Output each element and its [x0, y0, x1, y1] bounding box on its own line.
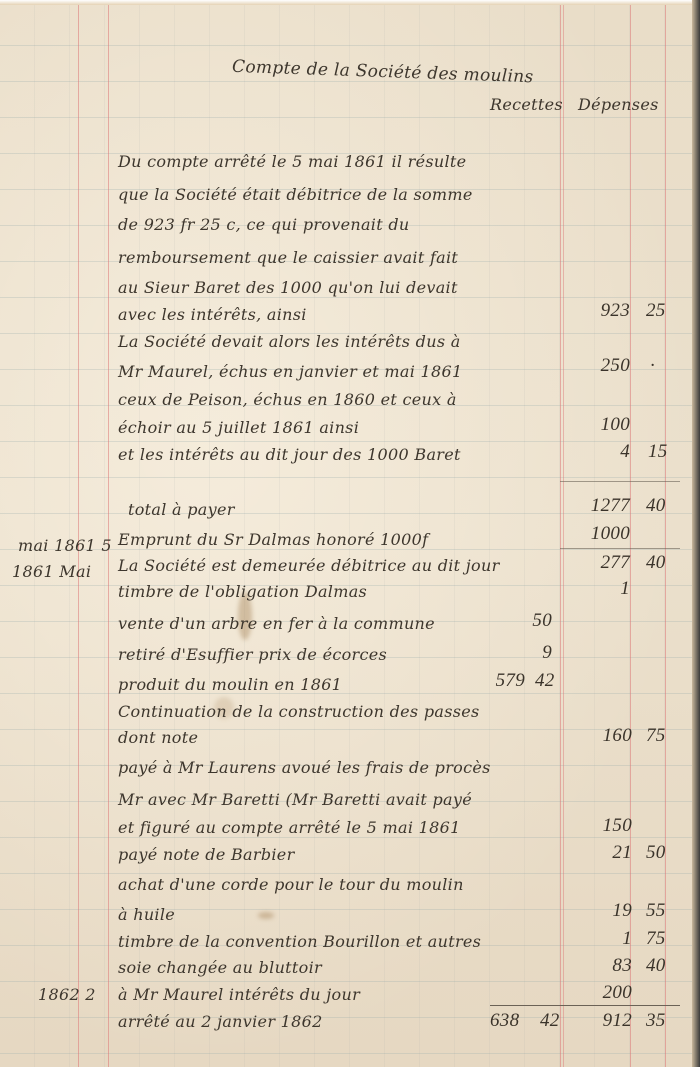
entry-line: remboursement que le caissier avait fait — [118, 248, 458, 267]
expense-cents: 25 — [646, 300, 666, 322]
sum-rule — [490, 1005, 680, 1006]
expense-total-cents: 35 — [646, 1010, 666, 1032]
receipt-francs: 579 — [480, 670, 525, 692]
expense-francs: 160 — [570, 725, 632, 747]
sum-rule — [560, 481, 680, 482]
receipt-total-cents: 42 — [540, 1010, 560, 1032]
entry-line: de 923 fr 25 c, ce qui provenait du — [118, 215, 409, 234]
expense-francs: 83 — [570, 955, 632, 977]
column-header-receipts: Recettes — [490, 95, 563, 114]
entry-line: total à payer — [128, 500, 235, 519]
expense-total-francs: 912 — [570, 1010, 632, 1032]
expense-total-cents: 40 — [646, 495, 666, 517]
expense-cents: 40 — [646, 955, 666, 977]
expense-francs: 21 — [570, 842, 632, 864]
expense-francs: 1 — [570, 578, 630, 600]
margin-date: 1861 Mai — [12, 562, 91, 581]
entry-line: vente d'un arbre en fer à la commune — [118, 614, 435, 633]
entry-line: que la Société était débitrice de la som… — [118, 185, 473, 204]
entry-line: La Société devait alors les intérêts dus… — [118, 332, 461, 351]
expense-cents: 50 — [646, 842, 666, 864]
entry-line: Continuation de la construction des pass… — [118, 702, 480, 721]
expense-total-francs: 1277 — [570, 495, 630, 517]
ledger-page: Compte de la Société des moulins Recette… — [0, 0, 700, 1067]
receipt-cents: 42 — [535, 670, 555, 692]
margin-date: 1862 2 — [38, 985, 96, 1004]
entry-line: payé note de Barbier — [118, 845, 295, 864]
entry-line: Mr Maurel, échus en janvier et mai 1861 — [118, 362, 462, 381]
receipt-total-francs: 638 — [490, 1010, 519, 1032]
entry-line: soie changée au bluttoir — [118, 958, 322, 977]
expense-cents: 75 — [646, 928, 666, 950]
expense-francs: 19 — [570, 900, 632, 922]
entry-line: Du compte arrêté le 5 mai 1861 il résult… — [118, 152, 466, 171]
margin-date: mai 1861 5 — [18, 536, 112, 555]
sum-rule — [560, 548, 680, 549]
expense-cents: 75 — [646, 725, 666, 747]
torn-top-edge — [0, 0, 700, 5]
entry-line: à huile — [118, 905, 175, 924]
receipt-francs: 9 — [512, 642, 552, 664]
binding-edge — [692, 0, 700, 1067]
expense-cents: · — [650, 355, 655, 377]
expense-francs: 277 — [570, 552, 630, 574]
column-header-expenses: Dépenses — [578, 95, 659, 114]
entry-line: et figuré au compte arrêté le 5 mai 1861 — [118, 818, 461, 837]
entry-line: échoir au 5 juillet 1861 ainsi — [118, 418, 359, 437]
entry-line: au Sieur Baret des 1000 qu'on lui devait — [118, 278, 458, 297]
entry-line: timbre de l'obligation Dalmas — [118, 582, 367, 601]
margin-rule — [108, 0, 109, 1067]
receipts-rule — [560, 0, 561, 1067]
entry-line: achat d'une corde pour le tour du moulin — [118, 875, 464, 894]
entry-line: Mr avec Mr Baretti (Mr Baretti avait pay… — [118, 790, 472, 809]
expense-francs: 4 — [580, 441, 630, 463]
entry-line: payé à Mr Laurens avoué les frais de pro… — [118, 758, 491, 777]
entry-line: avec les intérêts, ainsi — [118, 305, 307, 324]
entry-line: arrêté au 2 janvier 1862 — [118, 1012, 323, 1031]
ink-stain — [258, 912, 274, 919]
entry-line: La Société est demeurée débitrice au dit… — [118, 556, 500, 575]
entry-line: à Mr Maurel intérêts du jour — [118, 985, 360, 1004]
entry-line: ceux de Peison, échus en 1860 et ceux à — [118, 390, 457, 409]
expense-cents: 55 — [646, 900, 666, 922]
expense-cents: 40 — [646, 552, 666, 574]
entry-line: dont note — [118, 728, 198, 747]
expense-francs: 1 — [570, 928, 632, 950]
entry-line: et les intérêts au dit jour des 1000 Bar… — [118, 445, 461, 464]
margin-rule — [78, 0, 79, 1067]
entry-line: Emprunt du Sr Dalmas honoré 1000f — [118, 530, 428, 549]
entry-line: produit du moulin en 1861 — [118, 675, 342, 694]
expense-francs: 923 — [580, 300, 630, 322]
expense-francs: 1000 — [570, 523, 630, 545]
expense-francs: 100 — [580, 414, 630, 436]
expense-francs: 250 — [580, 355, 630, 377]
expense-cents: 15 — [648, 441, 668, 463]
receipt-francs: 50 — [512, 610, 552, 632]
expense-francs: 200 — [570, 982, 632, 1004]
entry-line: retiré d'Esuffier prix de écorces — [118, 645, 387, 664]
entry-line: timbre de la convention Bourillon et aut… — [118, 932, 481, 951]
expense-francs: 150 — [570, 815, 632, 837]
